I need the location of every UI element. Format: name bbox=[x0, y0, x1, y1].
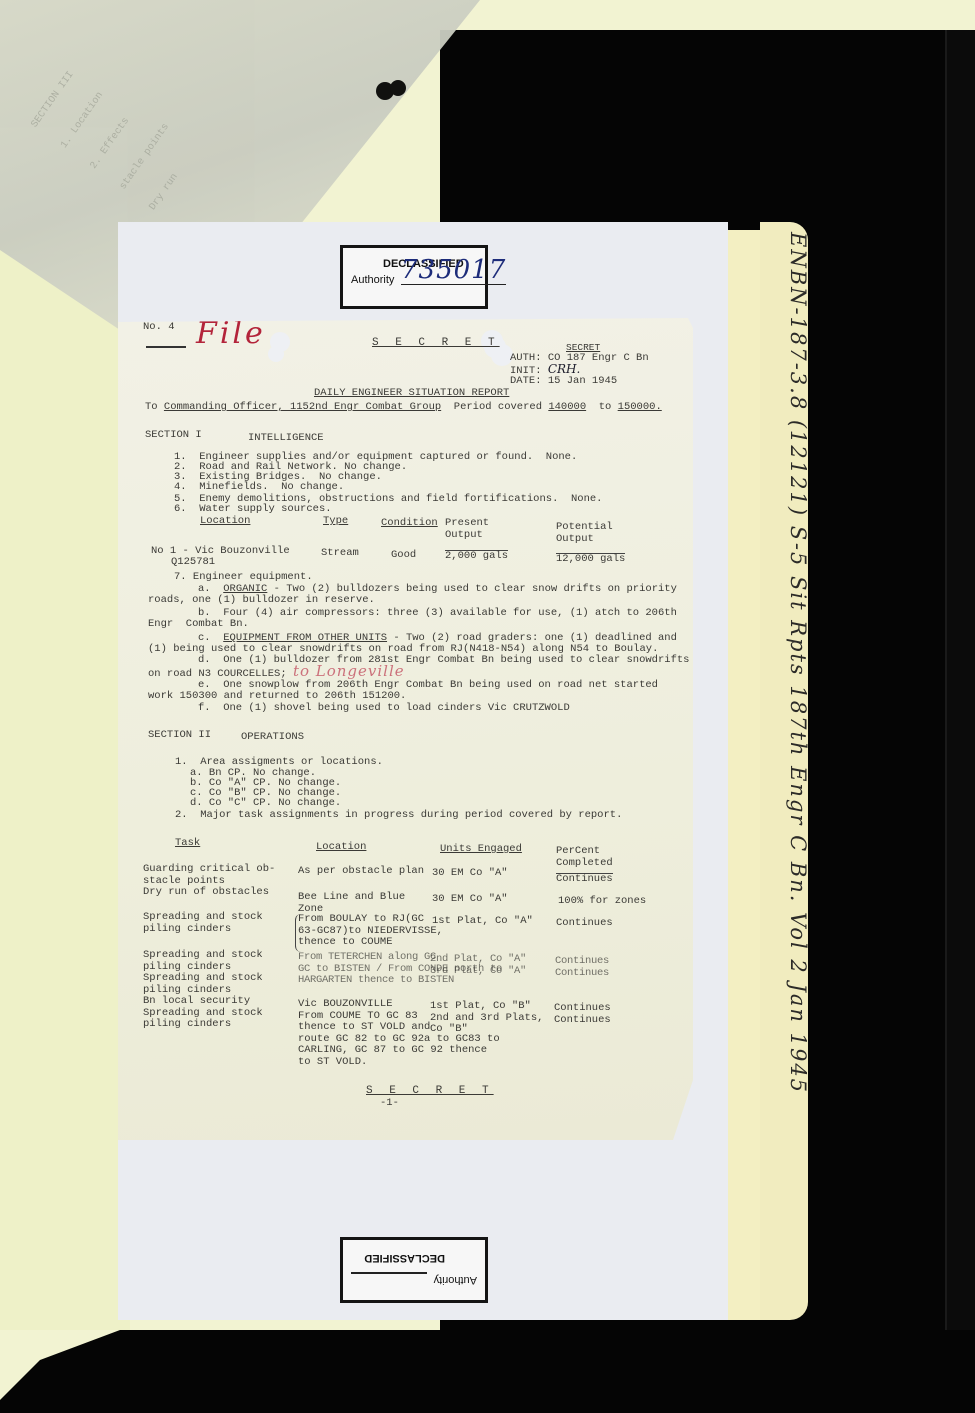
stamp-authority-number: 735017 bbox=[401, 256, 506, 285]
task-row-1-percent: Continues bbox=[556, 873, 613, 886]
task-row-1-location: As per obstacle plan bbox=[298, 866, 424, 878]
scanner-edge bbox=[945, 30, 975, 1413]
declassified-stamp-top: DECLASSIFIED Authority 735017 bbox=[340, 245, 488, 309]
water-row-coord: Q125781 bbox=[171, 557, 215, 569]
folder-tab-handwriting: ENBN-187-3.8 (12121) S-5 Sit Rpts 187th … bbox=[770, 232, 810, 1312]
intel-item-6: 6. Water supply sources. bbox=[174, 504, 332, 516]
addressee-line: To Commanding Officer, 1152nd Engr Comba… bbox=[145, 402, 662, 414]
date-line: DATE: 15 Jan 1945 bbox=[510, 376, 617, 388]
task-row-4-units: 2nd Plat, Co "A" 3rd Plat, Co "A" bbox=[430, 954, 526, 977]
water-header-location: Location bbox=[200, 516, 250, 528]
intel-item-4: 4. Minefields. No change. bbox=[174, 482, 344, 494]
equipment-e-line2: work 150300 and returned to 206th 151200… bbox=[148, 691, 406, 703]
water-header-present: Present Output bbox=[445, 518, 505, 541]
equipment-b-line1: b. Four (4) air compressors: three (3) a… bbox=[198, 608, 677, 620]
water-header-type: Type bbox=[323, 516, 348, 528]
file-dash bbox=[146, 346, 186, 348]
black-bottom-background bbox=[0, 1330, 975, 1413]
water-header-potential: Potential Output bbox=[556, 522, 616, 545]
task-row-5-percent: Continues Continues bbox=[554, 1003, 611, 1026]
report-title: DAILY ENGINEER SITUATION REPORT bbox=[314, 388, 509, 400]
equipment-heading: 7. Engineer equipment. bbox=[174, 572, 313, 584]
handwritten-file-note: File bbox=[196, 328, 266, 340]
declassified-stamp-bottom-inverted: DECLASSIFIED Authority bbox=[340, 1237, 488, 1303]
water-row-present: 2,000 gals bbox=[445, 550, 508, 563]
task-row-3-task: Spreading and stock piling cinders bbox=[143, 912, 263, 935]
equipment-f-line: f. One (1) shovel being used to load cin… bbox=[198, 703, 570, 715]
task-row-4-task: Spreading and stock piling cinders Sprea… bbox=[143, 950, 263, 996]
task-row-5-task: Bn local security Spreading and stock pi… bbox=[143, 996, 263, 1031]
water-row-type: Stream bbox=[321, 548, 359, 560]
punch-hole bbox=[390, 80, 406, 96]
punch-hole bbox=[268, 346, 284, 362]
ops-subitem-d: d. Co "C" CP. No change. bbox=[190, 798, 341, 810]
situation-report-page: No. 4 File S E C R E T SECRET AUTH: CO 1… bbox=[118, 310, 693, 1140]
report-number: No. 4 bbox=[143, 322, 175, 334]
task-header-location: Location bbox=[316, 842, 366, 854]
section-1-title: INTELLIGENCE bbox=[248, 433, 324, 445]
equipment-d-line1: d. One (1) bulldozer from 281st Engr Com… bbox=[198, 655, 689, 667]
stamp-title: DECLASSIFIED bbox=[364, 1252, 445, 1264]
ops-item-2: 2. Major task assignments in progress du… bbox=[175, 810, 622, 822]
water-row-condition: Good bbox=[391, 550, 416, 562]
task-header-task: Task bbox=[175, 838, 200, 850]
equipment-b-line2: Engr Combat Bn. bbox=[148, 619, 249, 631]
task-row-2-percent: 100% for zones bbox=[558, 896, 646, 908]
task-header-percent: PerCent Completed bbox=[556, 846, 613, 869]
task-row-2-units: 30 EM Co "A" bbox=[432, 894, 508, 906]
task-row-2-task: Dry run of obstacles bbox=[143, 887, 269, 899]
task-row-3-location: From BOULAY to RJ(GC 63-GC87)to NIEDERVI… bbox=[298, 914, 443, 949]
task-row-2-location: Bee Line and Blue Zone bbox=[298, 892, 405, 915]
task-row-5-units: 1st Plat, Co "B" 2nd and 3rd Plats, Co "… bbox=[430, 1001, 543, 1036]
equipment-a-line2: roads, one (1) bulldozer in reserve. bbox=[148, 595, 375, 607]
task-row-3-units: 1st Plat, Co "A" bbox=[432, 916, 533, 928]
section-2-label: SECTION II bbox=[148, 730, 211, 742]
water-row-potential: 12,000 gals bbox=[556, 553, 625, 566]
section-2-title: OPERATIONS bbox=[241, 732, 304, 744]
task-row-1-units: 30 EM Co "A" bbox=[432, 868, 508, 880]
stamp-authority-blank bbox=[351, 1272, 427, 1274]
section-1-label: SECTION I bbox=[145, 430, 202, 442]
classification-footer: S E C R E T bbox=[366, 1086, 494, 1098]
stamp-authority-label: Authority bbox=[351, 274, 394, 286]
water-header-condition: Condition bbox=[381, 518, 438, 530]
task-row-3-percent: Continues bbox=[556, 918, 613, 930]
task-row-1-task: Guarding critical ob- stacle points bbox=[143, 864, 275, 887]
carbon-copy-text: SECTION III 1. Location 2. Effects stacl… bbox=[10, 0, 384, 227]
stamp-authority-label: Authority bbox=[434, 1274, 477, 1286]
task-header-units: Units Engaged bbox=[440, 844, 522, 856]
folder-left-flap bbox=[0, 230, 130, 1330]
classification-header: S E C R E T bbox=[372, 338, 500, 350]
task-row-4-percent: Continues Continues bbox=[555, 956, 609, 979]
page-number: -1- bbox=[380, 1098, 399, 1110]
